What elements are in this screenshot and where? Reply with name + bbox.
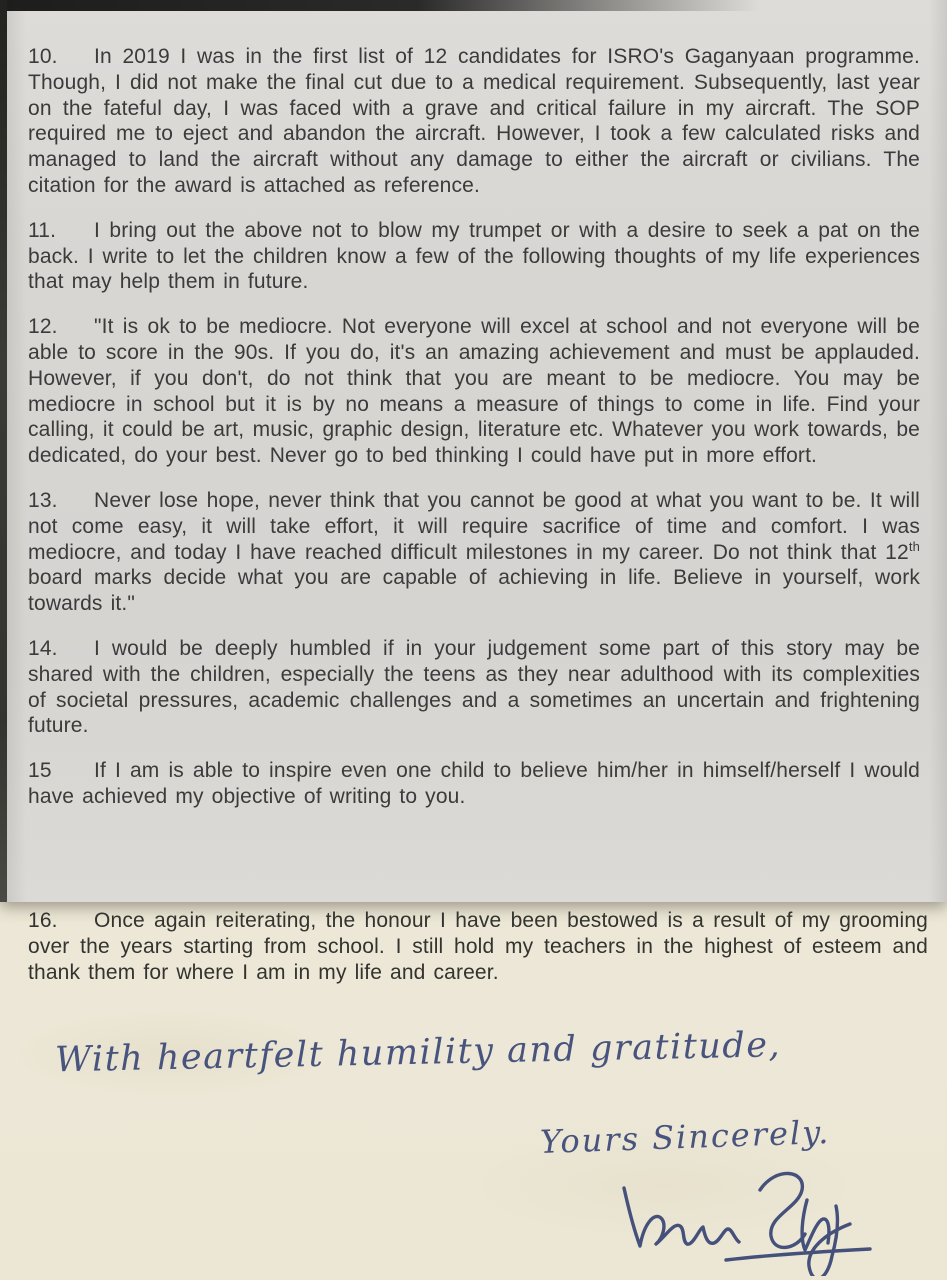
paragraph-text: If I am is able to inspire even one chil… [28,759,920,808]
paragraph-text: board marks decide what you are capable … [28,566,920,615]
paragraph-11: 11.I bring out the above not to blow my … [28,218,920,295]
scan-edge-top [0,0,760,11]
typed-body-bottom: 16.Once again reiterating, the honour I … [28,908,928,1004]
paragraph-13: 13.Never lose hope, never think that you… [28,488,920,617]
signoff-handwritten: Yours Sincerely. [539,1113,830,1161]
paragraph-number: 11. [28,218,94,244]
paragraph-14: 14.I would be deeply humbled if in your … [28,636,920,739]
paragraph-number: 13. [28,488,94,514]
paragraph-16: 16.Once again reiterating, the honour I … [28,908,928,985]
paragraph-number: 15 [28,758,94,784]
paragraph-number: 14. [28,636,94,662]
scan-edge-left [0,0,7,902]
ordinal-superscript: th [909,539,920,554]
scanned-letter-page: 10.In 2019 I was in the first list of 12… [0,0,947,1280]
paragraph-15: 15If I am is able to inspire even one ch… [28,758,920,810]
signature-scribble-icon [608,1158,888,1276]
paragraph-number: 16. [28,908,94,934]
paragraph-text: I bring out the above not to blow my tru… [28,219,920,294]
paragraph-number: 10. [28,44,94,70]
typed-body-top: 10.In 2019 I was in the first list of 12… [28,44,920,829]
paragraph-text: Never lose hope, never think that you ca… [28,489,920,564]
paragraph-10: 10.In 2019 I was in the first list of 12… [28,44,920,199]
paragraph-12: 12."It is ok to be mediocre. Not everyon… [28,314,920,469]
paragraph-number: 12. [28,314,94,340]
paragraph-text: Once again reiterating, the honour I hav… [28,909,928,984]
paragraph-text: "It is ok to be mediocre. Not everyone w… [28,315,920,467]
paragraph-text: In 2019 I was in the first list of 12 ca… [28,45,920,197]
paragraph-text: I would be deeply humbled if in your jud… [28,637,920,737]
handwritten-signature [608,1158,888,1276]
valediction-handwritten: With heartfelt humility and gratitude, [55,1024,856,1081]
